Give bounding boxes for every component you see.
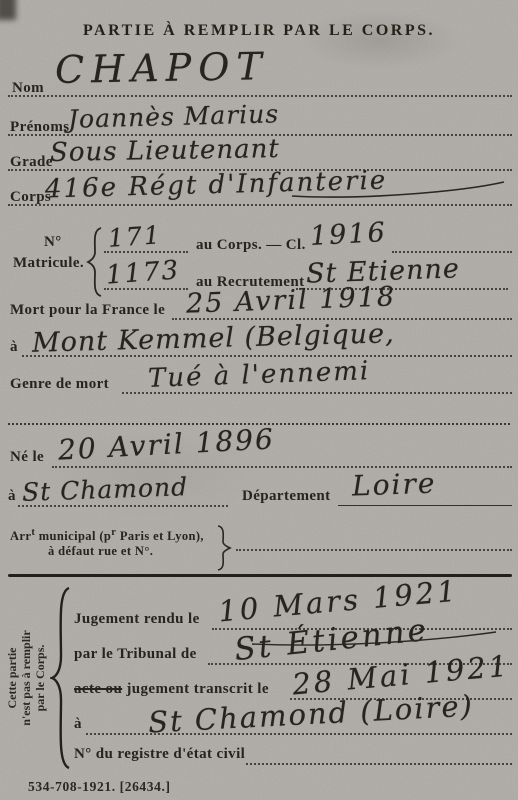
transcrit-label-struck: acte ou [74,681,122,697]
transcrit-lieu-label: à [74,716,82,733]
sidebar-note-line2: n'est pas à remplir [20,593,34,763]
matricule-classe: 1916 [309,217,387,252]
document-card: PARTIE À REMPLIR PAR LE CORPS. Nom CHAPO… [0,0,518,800]
arr-label-part: Paris et Lyon), [116,529,204,543]
nom-line [8,95,512,97]
sidebar-note: Cette partie n'est pas à remplir par le … [6,593,50,763]
matricule-corps-number: 171 [107,220,163,253]
corps-flourish [290,178,510,200]
matricule-brace [86,226,104,298]
ne-lieu-label: à [8,488,16,505]
registre-line [246,763,512,765]
mort-label: Mort pour la France le [10,302,165,319]
matricule-recrutement-number: 1173 [105,255,181,290]
matricule-label-matricule: Matricule. [13,255,84,272]
ne-le-line [52,466,512,468]
tribunal-label: par le Tribunal de [74,646,197,663]
transcrit-label: acte ou jugement transcrit le [74,681,269,698]
nom-value: CHAPOT [55,44,269,92]
departement-label: Département [242,488,331,505]
mort-lieu-label: à [10,339,18,356]
ne-le-label: Né le [10,449,44,466]
arr-municipal-label-line1: Arrt municipal (pr Paris et Lyon), [10,527,204,544]
genre-mort-value: Tué à l'ennemi [148,356,371,394]
matricule-label-no: N° [44,234,62,251]
arr-municipal-label-line2: à défaut rue et N°. [48,544,153,559]
form-title: PARTIE À REMPLIR PAR LE CORPS. [0,22,518,40]
tribunal-flourish [250,630,500,648]
sidebar-note-line3: par le Corps. [34,593,48,763]
departement-value: Loire [351,467,436,503]
departement-line [338,505,512,506]
jugement-rendu-label: Jugement rendu le [74,611,200,628]
registre-label: N° du registre d'état civil [74,746,245,763]
arr-municipal-brace [216,524,232,572]
jugement-brace [50,586,72,770]
ne-le-value: 20 Avril 1896 [57,422,275,466]
genre-mort-label: Genre de mort [10,376,109,393]
sidebar-note-line1: Cette partie [6,593,20,763]
ne-lieu-value: St Chamond [22,472,189,507]
mort-lieu-value: Mont Kemmel (Belgique, [32,318,395,358]
corps-line [8,204,512,206]
au-corps-label: au Corps. — Cl. [196,237,306,254]
corner-ink-mark [0,0,16,20]
arr-label-part: Arr [10,529,31,543]
paper-stain [300,10,460,70]
arr-municipal-line [236,549,512,551]
matricule-recrutement-line [104,288,188,290]
grade-value: Sous Lieutenant [50,134,280,168]
transcrit-label-rest: jugement transcrit le [122,681,269,697]
matricule-corps-line [104,251,188,253]
print-code: 534-708-1921. [26434.] [28,779,171,795]
arr-label-part: municipal (p [35,529,111,543]
mort-value: 25 Avril 1918 [186,281,397,319]
prenoms-value: Joannès Marius [68,99,280,134]
